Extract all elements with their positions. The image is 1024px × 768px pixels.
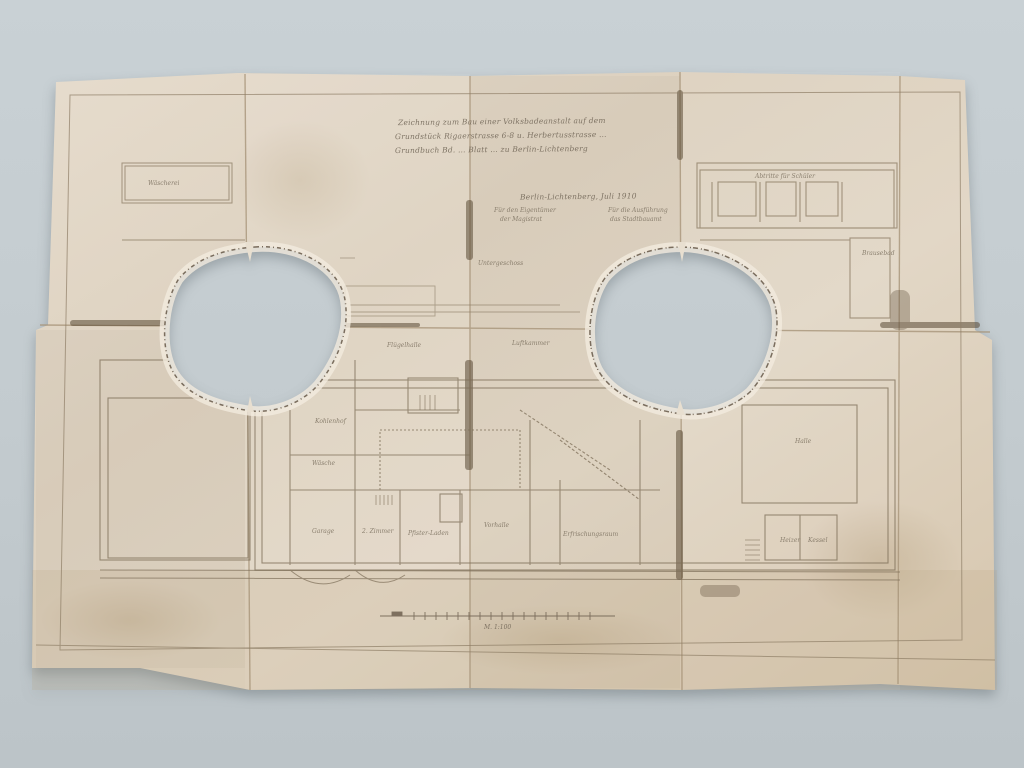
floor-plan-drawing xyxy=(0,0,1024,768)
plan-label: Untergeschoss xyxy=(478,260,523,267)
signature-right-line-1: Für die Ausführung xyxy=(608,207,668,214)
room-label: Abtritte für Schüler xyxy=(755,173,815,180)
signature-left-line-2: der Magistrat xyxy=(500,216,542,223)
room-label: Vorhalle xyxy=(484,522,509,529)
room-label: Wäsche xyxy=(312,460,335,467)
scale-label: M. 1:100 xyxy=(484,624,511,631)
room-label: Heizer xyxy=(780,537,800,544)
room-label: Kessel xyxy=(808,537,828,544)
place-date: Berlin-Lichtenberg, Juli 1910 xyxy=(520,191,637,201)
room-label: Luftkammer xyxy=(512,340,550,347)
room-label: Erfrischungsraum xyxy=(563,531,618,538)
room-label: Kohlenhof xyxy=(315,418,346,425)
signature-right-line-2: das Stadtbauamt xyxy=(610,216,662,223)
room-label: Flügelhalle xyxy=(387,342,421,349)
room-label: Brausebad xyxy=(862,250,895,257)
signature-left-line-1: Für den Eigentümer xyxy=(494,207,556,214)
room-label: Wäscherei xyxy=(148,180,179,187)
room-label: Garage xyxy=(312,528,334,535)
room-label: Halle xyxy=(795,438,811,445)
room-label: 2. Zimmer xyxy=(362,528,394,535)
room-label: Pfister-Laden xyxy=(408,530,449,537)
drawing-sheet: Zeichnung zum Bau einer Volksbadeanstalt… xyxy=(0,0,1024,768)
